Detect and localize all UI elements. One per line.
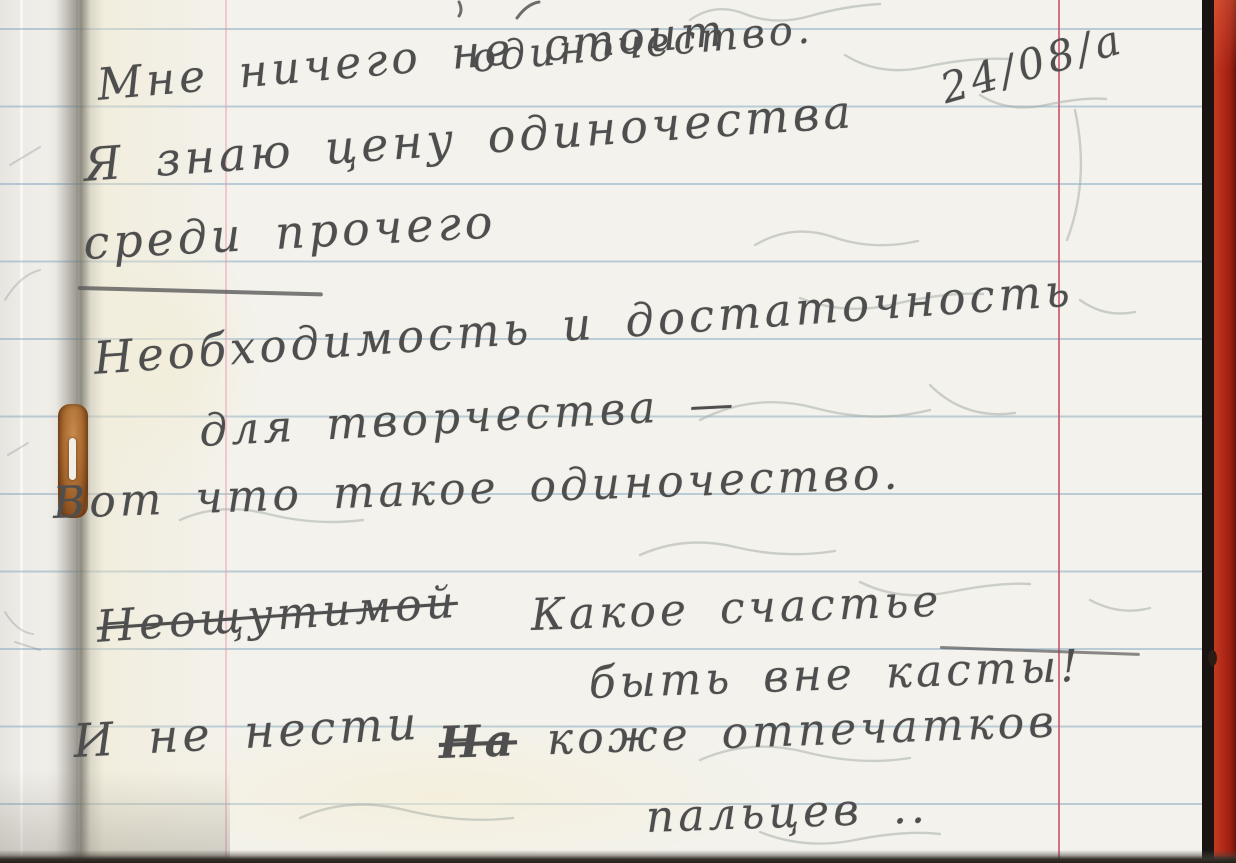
cover-highlight xyxy=(1214,0,1236,70)
bottom-edge-shadow xyxy=(0,850,1236,863)
cover-notch xyxy=(1208,650,1217,666)
red-notebook-cover-edge xyxy=(1214,0,1236,863)
overwritten-word: На xyxy=(438,715,518,769)
scanned-notebook-page: одиночество. Мне ничего не стоит 24/08/а… xyxy=(0,0,1236,863)
handwritten-line-12: пальцев .. xyxy=(645,782,929,843)
